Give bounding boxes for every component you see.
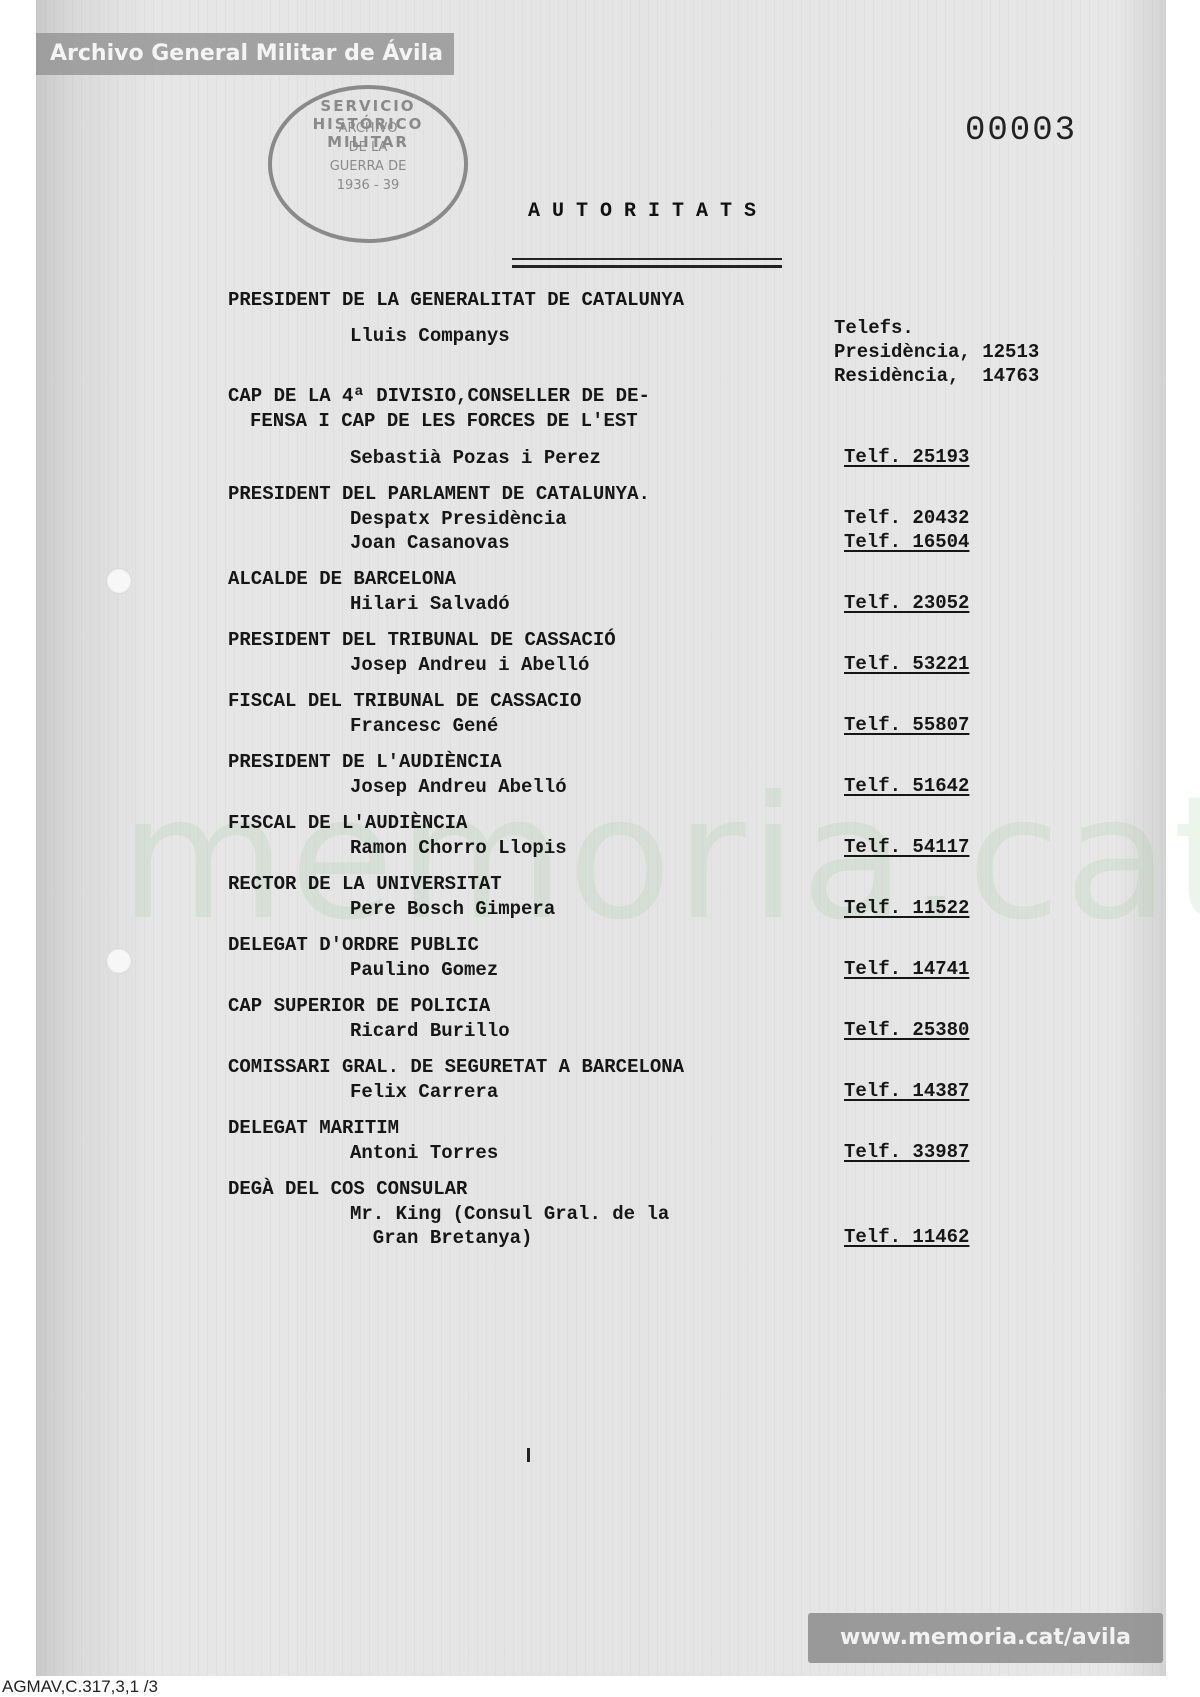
entry-heading: RECTOR DE LA UNIVERSITAT bbox=[228, 872, 1088, 897]
entry-heading: PRESIDENT DEL PARLAMENT DE CATALUNYA. bbox=[228, 482, 1088, 507]
entry-line: Gran Bretanya)Telf. 11462 bbox=[228, 1226, 1088, 1250]
entry: PRESIDENT DEL PARLAMENT DE CATALUNYA.Des… bbox=[228, 482, 1088, 555]
phone-number: Telf. 33987 bbox=[844, 1141, 994, 1163]
entry-heading: FISCAL DE L'AUDIÈNCIA bbox=[228, 811, 1088, 836]
entry-line: Mr. King (Consul Gral. de la bbox=[228, 1202, 1088, 1226]
phone-number: Telf. 53221 bbox=[844, 653, 994, 675]
authorities-list: PRESIDENT DE LA GENERALITAT DE CATALUNYA… bbox=[228, 288, 1088, 1262]
entry: DEGÀ DEL COS CONSULARMr. King (Consul Gr… bbox=[228, 1177, 1088, 1250]
archive-stamp: SERVICIO HISTÓRICO MILITAR ARCHIVO DE LA… bbox=[268, 85, 468, 243]
phone-number: Telf. 51642 bbox=[844, 775, 994, 797]
punch-hole bbox=[106, 568, 132, 594]
entry-heading: DEGÀ DEL COS CONSULAR bbox=[228, 1177, 1088, 1202]
entry-line: Pere Bosch GimperaTelf. 11522 bbox=[228, 897, 1088, 921]
entry-person: Mr. King (Consul Gral. de la bbox=[228, 1202, 1088, 1226]
ink-mark bbox=[527, 1448, 530, 1462]
entry-line: Felix CarreraTelf. 14387 bbox=[228, 1080, 1088, 1104]
phone-block: Telefs. Presidència, 12513 Residència, 1… bbox=[834, 316, 1039, 388]
entry-line: Antoni TorresTelf. 33987 bbox=[228, 1141, 1088, 1165]
entry-heading: CAP DE LA 4ª DIVISIO,CONSELLER DE DE- bbox=[228, 384, 1088, 409]
phone-number: Telf. 23052 bbox=[844, 592, 994, 614]
stamp-line: GUERRA DE bbox=[322, 157, 414, 176]
phone-number: Telf. 11462 bbox=[844, 1226, 994, 1248]
stamp-line: ARCHIVO bbox=[322, 119, 414, 138]
entry: ALCALDE DE BARCELONAHilari SalvadóTelf. … bbox=[228, 567, 1088, 616]
website-badge: www.memoria.cat/avila bbox=[808, 1613, 1163, 1663]
entry-president-generalitat: PRESIDENT DE LA GENERALITAT DE CATALUNYA… bbox=[228, 288, 1088, 372]
phone-number: Telf. 55807 bbox=[844, 714, 994, 736]
phone-number: Telf. 16504 bbox=[844, 531, 994, 553]
entry-list: CAP DE LA 4ª DIVISIO,CONSELLER DE DE-FEN… bbox=[228, 384, 1088, 1250]
entry-heading: PRESIDENT DEL TRIBUNAL DE CASSACIÓ bbox=[228, 628, 1088, 653]
phone-number: Telf. 11522 bbox=[844, 897, 994, 919]
entry: PRESIDENT DE L'AUDIÈNCIAJosep Andreu Abe… bbox=[228, 750, 1088, 799]
phone-number: Telf. 25193 bbox=[844, 446, 994, 468]
stamp-line: DE LA bbox=[322, 138, 414, 157]
entry: DELEGAT D'ORDRE PUBLICPaulino GomezTelf.… bbox=[228, 933, 1088, 982]
phone-number: Telf. 14387 bbox=[844, 1080, 994, 1102]
phone-number: 12513 bbox=[982, 341, 1039, 363]
entry-line: Ricard BurilloTelf. 25380 bbox=[228, 1019, 1088, 1043]
entry-line: Josep Andreu i AbellóTelf. 53221 bbox=[228, 653, 1088, 677]
stamp-inner-text: ARCHIVO DE LA GUERRA DE 1936 - 39 bbox=[322, 119, 414, 195]
entry-line: Hilari SalvadóTelf. 23052 bbox=[228, 592, 1088, 616]
entry-line: Ramon Chorro LlopisTelf. 54117 bbox=[228, 836, 1088, 860]
entry: PRESIDENT DEL TRIBUNAL DE CASSACIÓJosep … bbox=[228, 628, 1088, 677]
entry-heading: FISCAL DEL TRIBUNAL DE CASSACIO bbox=[228, 689, 1088, 714]
archive-banner: Archivo General Militar de Ávila bbox=[36, 33, 454, 75]
entry: RECTOR DE LA UNIVERSITATPere Bosch Gimpe… bbox=[228, 872, 1088, 921]
document-number: 00003 bbox=[965, 112, 1077, 150]
entry-heading: PRESIDENT DE LA GENERALITAT DE CATALUNYA bbox=[228, 288, 1088, 313]
entry-heading: FENSA I CAP DE LES FORCES DE L'EST bbox=[228, 409, 1088, 434]
entry-heading: CAP SUPERIOR DE POLICIA bbox=[228, 994, 1088, 1019]
entry: FISCAL DEL TRIBUNAL DE CASSACIOFrancesc … bbox=[228, 689, 1088, 738]
phone-number: Telf. 25380 bbox=[844, 1019, 994, 1041]
entry-line: Despatx PresidènciaTelf. 20432 bbox=[228, 507, 1088, 531]
phone-line: Presidència, 12513 bbox=[834, 340, 1039, 364]
entry-heading: COMISSARI GRAL. DE SEGURETAT A BARCELONA bbox=[228, 1055, 1088, 1080]
entry-line: Josep Andreu AbellóTelf. 51642 bbox=[228, 775, 1088, 799]
entry: CAP SUPERIOR DE POLICIARicard BurilloTel… bbox=[228, 994, 1088, 1043]
entry-heading: DELEGAT MARITIM bbox=[228, 1116, 1088, 1141]
entry-line: Paulino GomezTelf. 14741 bbox=[228, 958, 1088, 982]
phone-label: Presidència, bbox=[834, 341, 971, 363]
entry-line: Joan CasanovasTelf. 16504 bbox=[228, 531, 1088, 555]
entry: FISCAL DE L'AUDIÈNCIARamon Chorro Llopis… bbox=[228, 811, 1088, 860]
phone-number: Telf. 20432 bbox=[844, 507, 994, 529]
entry: COMISSARI GRAL. DE SEGURETAT A BARCELONA… bbox=[228, 1055, 1088, 1104]
title-underline bbox=[512, 258, 782, 268]
phone-number: Telf. 54117 bbox=[844, 836, 994, 858]
entry-heading: ALCALDE DE BARCELONA bbox=[228, 567, 1088, 592]
entry-heading: DELEGAT D'ORDRE PUBLIC bbox=[228, 933, 1088, 958]
entry-line: Francesc GenéTelf. 55807 bbox=[228, 714, 1088, 738]
archive-reference: AGMAV,C.317,3,1 /3 bbox=[2, 1677, 158, 1697]
stamp-line: 1936 - 39 bbox=[322, 176, 414, 195]
entry-line: Sebastià Pozas i PerezTelf. 25193 bbox=[228, 446, 1088, 470]
entry: DELEGAT MARITIMAntoni TorresTelf. 33987 bbox=[228, 1116, 1088, 1165]
phone-number: Telf. 14741 bbox=[844, 958, 994, 980]
entry: CAP DE LA 4ª DIVISIO,CONSELLER DE DE-FEN… bbox=[228, 384, 1088, 470]
document-title: AUTORITATS bbox=[528, 200, 768, 223]
entry-heading: PRESIDENT DE L'AUDIÈNCIA bbox=[228, 750, 1088, 775]
phones-label: Telefs. bbox=[834, 316, 1039, 340]
